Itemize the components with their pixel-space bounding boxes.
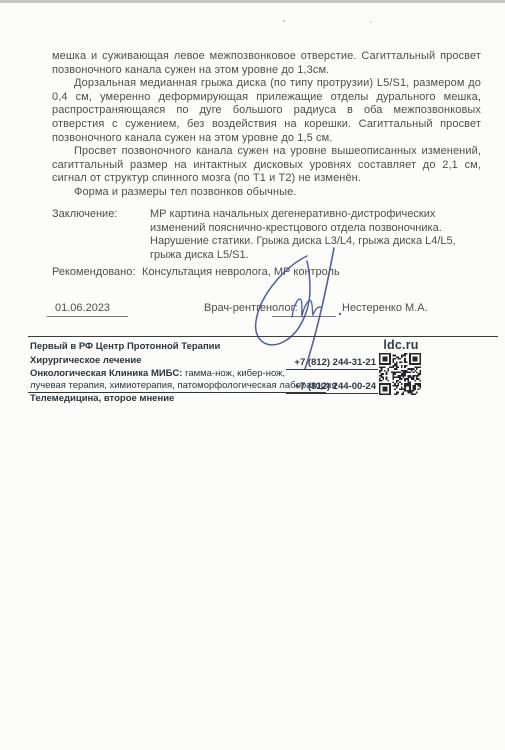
signature-dot [339,313,341,315]
footer-therapies: лучевая терапия, химиотерапия, патоморфо… [28,380,326,393]
scanned-report-page: мешка и суживающая левое межпозвонковое … [0,0,505,750]
scan-edge-artifact [0,0,505,3]
website-logo: ldc.ru [378,338,424,352]
scan-speck [370,22,372,23]
scan-speck [283,20,285,22]
footer-separator [28,336,498,337]
report-date: 01.06.2023 [55,302,110,314]
conclusion-label: Заключение: [52,208,117,222]
qr-code-icon [379,353,421,395]
report-paragraph: Просвет позвоночного канала сужен на уро… [52,145,481,186]
signature-stroke [305,248,334,369]
recommended-label: Рекомендовано: [52,266,135,280]
footer-surgery: Хирургическое лечение [30,355,142,366]
date-underline [47,316,128,317]
report-paragraph: Форма и размеры тел позвонков обычные. [52,186,481,200]
footer-telemedicine: Телемедицина, второе мнение [30,393,174,404]
report-body: мешка и суживающая левое межпозвонковое … [52,50,481,200]
footer-clinic: Онкологическая Клиника МИБС: гамма-нож, … [30,368,285,379]
report-paragraph: Дорзальная медианная грыжа диска (по тип… [52,77,481,145]
footer-clinic-name: Онкологическая Клиника МИБС: [30,368,182,379]
phone-telemedicine: +7 (812) 244-00-24 [286,381,378,394]
footer-clinic-services: гамма-нож, кибер-нож, [185,368,285,379]
phone-surgery: +7 (812) 244-31-21 [286,357,378,370]
doctor-signature [248,242,360,374]
report-paragraph: мешка и суживающая левое межпозвонковое … [52,50,481,77]
footer-proton-center: Первый в РФ Центр Протонной Терапии [30,341,220,352]
